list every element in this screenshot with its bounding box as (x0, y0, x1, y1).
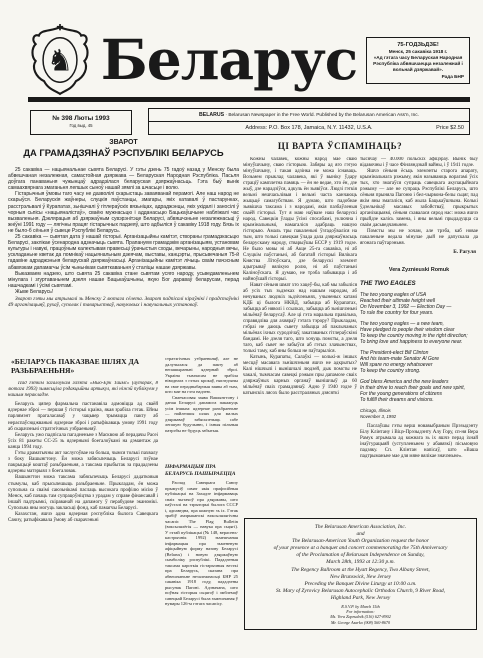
invitation-line: The Belarusan American Association, Inc. (245, 524, 476, 531)
rsvp-line: Mr. George Azarko (908) 560-8670 (245, 620, 476, 625)
poem-line: To fulfill their dreams and visions. (360, 397, 478, 403)
poem-date: November 3, 1992 (360, 414, 478, 420)
paragraph: Распад Савецкага Саюзу прымусіў шмат які… (165, 480, 238, 607)
issue-box: № 398 Люты 1993 Год выд. 45 (30, 110, 132, 135)
publisher-tagline: · Belarusan Newspaper in the Free World.… (224, 113, 419, 118)
invitation-rsvp: R.S.V.P. by March 15th For information: … (245, 604, 476, 625)
paragraph: Нават сёньня шмат хто хацеў-бы, каб мы з… (243, 283, 357, 355)
publisher-line: BELARUS · Belarusan Newspaper in the Fre… (149, 109, 469, 122)
paragraph: Помсты мы не хочам, але трэба, каб новае… (360, 229, 478, 247)
publisher-address: Address: P.O. Box 178, Jamaica, N.Y. 114… (245, 125, 372, 131)
paragraph: Беларусь цяпер фармальна пастанавіла адм… (8, 402, 158, 432)
invitation-line: Preceding the Banquet Divine Liturgy at … (245, 581, 476, 588)
article3-title: «БЕЛАРУСЬ ПАКАЗВАЕ ШЛЯХ ДА РАЗЬБРАЕНЬНЯ» (11, 357, 161, 375)
invitation-line: March 28th, 1993 at 12:30 p.m. (245, 559, 476, 566)
address-line: Address: P.O. Box 178, Jamaica, N.Y. 114… (149, 122, 469, 132)
svg-text:♞: ♞ (47, 43, 74, 78)
poem-title: THE TWO EAGLES (360, 281, 478, 287)
poem-line: To bring love and happiness to everyone … (360, 339, 478, 345)
poem-stanza: The two young eagles of USA Reached thei… (360, 292, 478, 316)
invitation-line: The Regency Ballroom at the Hyatt Regenc… (245, 567, 476, 574)
invitation-line: St. Mary of Zyrovicy Belarusan Autocepha… (245, 588, 476, 595)
invitation-line: and (245, 531, 476, 538)
poem-stanza: The two young eagles — a new team, Have … (360, 321, 478, 345)
paragraph: 25 сакавіка — сьвятая дата ў нашай гісто… (8, 234, 239, 271)
paragraph: Выказваем надзею, што сьвята 25 сакавіка… (8, 271, 239, 289)
pahonia-emblem-icon: ♞ (28, 24, 92, 96)
article1-kicker: ЗВАРОТ (8, 139, 239, 146)
paragraph: Вашынгтон можа таксама забясьпечыць Бела… (8, 475, 158, 512)
paragraph: Катынь, Курапаты, Салаўкі — колькі-ж інш… (243, 355, 357, 397)
article2-signature: Б. Рагуля (360, 249, 476, 255)
editorial-note: Зварот гэты мы атрымалі зь Менску 2 люта… (8, 296, 239, 308)
price-label: Price $2.50 (436, 125, 464, 131)
poem-stanza: God bless America and the new leaders In… (360, 379, 478, 403)
issue-number: № 398 Люты 1993 (31, 115, 131, 122)
paragraph: Гістарычныя ўмовы таго часу не дазволілі… (8, 191, 239, 234)
paragraph: Яшчэ сёньня ёсьць элемэнты старога апара… (360, 169, 478, 229)
article3-intro: Пад гэткім загалоўкам газэта «Нью-Ёрк Та… (8, 381, 158, 399)
article3-column-2: стратэгічных узбраеньняў, але не далучыл… (165, 356, 238, 462)
paragraph: стратэгічных узбраеньняў, але не далучыл… (165, 356, 238, 395)
paragraph: Гэты драматычны акт заслугоўвае на больш… (8, 451, 158, 475)
paragraph: Казахстан, яшчэ адна ядзерная рэспубліка… (8, 512, 158, 524)
masthead: ♞ Беларус 75-ГОДЗЬДЗЕ! Менск, 25 сакавік… (28, 24, 470, 96)
invitation-line: New Brunswick, New Jersey (245, 574, 476, 581)
article1-headline: ЗВАРОТ ДА ГРАМАДЗЯНАЎ РЭСПУБЛІКІ БЕЛАРУС… (8, 139, 239, 158)
newspaper-title: Беларус (92, 26, 366, 94)
invitation-line: of the Proclamation of Belarusan Indepen… (245, 552, 476, 559)
article2-title: ЦІ ВАРТА ЎСПАМІНАЦЬ? (240, 141, 440, 151)
issue-year: Год выд. 45 (31, 123, 131, 128)
paragraph: Сваечасовая заява Вашынгтону і даная Бел… (165, 395, 238, 434)
poem-line: To rule the country for four years. (360, 310, 478, 316)
invitation-line: Highland Park, New Jersey (245, 595, 476, 602)
article1-body: 25 сакавіка — нацыянальнае сьвята Белару… (8, 167, 239, 354)
anniversary-quote: «Ад гэтага часу Беларуская Народная Рэсп… (370, 55, 466, 73)
anniversary-signature: Рада БНР (370, 74, 466, 80)
article4-title: ІНФАРМАЦЫЯ ПРА БЕЛАРУСЬ ПАШЫРАЕЦЦА (165, 464, 238, 478)
paragraph: 25 сакавіка — нацыянальнае сьвята Белару… (8, 167, 239, 191)
poem-line: To keep the country strong. (360, 368, 478, 374)
paragraph: Кожны чалавек, кожны народ мае сваю міну… (243, 157, 357, 283)
publisher-info-box: BELARUS · Belarusan Newspaper in the Fre… (148, 108, 470, 135)
article3-column-1: Пад гэткім загалоўкам газэта «Нью-Ёрк Та… (8, 381, 158, 616)
poem-stanza: The President-elect Bill Clinton And his… (360, 350, 478, 374)
article4-body: Распад Савецкага Саюзу прымусіў шмат які… (165, 480, 238, 618)
paragraph: Жыве Беларусь! (8, 289, 239, 295)
poem-afterword: Паслаўшы гэты верш новавыбраным Прэзыдэн… (360, 424, 478, 460)
banquet-invitation-box: The Belarusan American Association, Inc.… (244, 518, 477, 630)
masthead-rule (28, 97, 470, 102)
anniversary-box: 75-ГОДЗЬДЗЕ! Менск, 25 сакавіка 1918 г. … (366, 37, 470, 84)
article2-column-b: тысячаў — 40.000 польскіх афіцэраў. Выні… (360, 157, 478, 517)
poem-author: Vera Zyznieuski Romuk (360, 267, 478, 273)
paragraph: Беларусь ужо падпісала пагадненьне з Мас… (8, 433, 158, 451)
anniversary-heading: 75-ГОДЗЬДЗЕ! (370, 42, 466, 48)
newspaper-page: ♞ Беларус 75-ГОДЗЬДЗЕ! Менск, 25 сакавік… (0, 0, 483, 658)
article1-title: ДА ГРАМАДЗЯНАЎ РЭСПУБЛІКІ БЕЛАРУСЬ (8, 147, 239, 158)
publisher-name: BELARUS (199, 112, 224, 118)
article2-column-a: Кожны чалавек, кожны народ мае сваю міну… (243, 157, 357, 513)
paragraph: тысячаў — 40.000 польскіх афіцэраў. Выні… (360, 157, 478, 169)
